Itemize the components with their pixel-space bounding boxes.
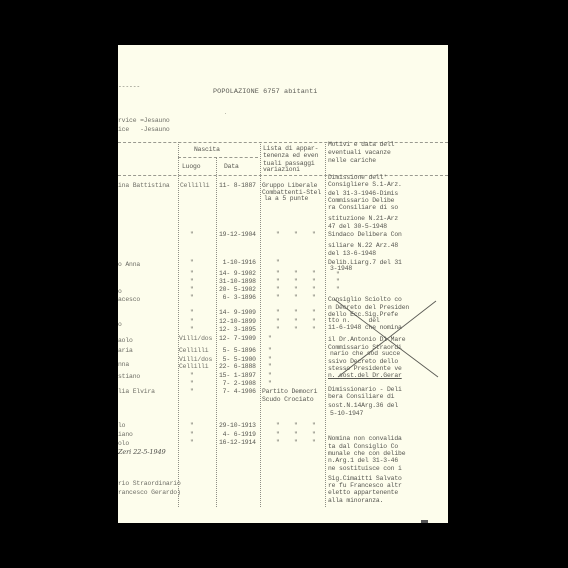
name-1: ina Battistina	[118, 182, 170, 189]
lista-row-1-line-3: la a 5 punte	[264, 195, 308, 202]
lista-row-4-c: "	[312, 270, 316, 277]
column-divider-4	[325, 142, 326, 507]
lista-row-8-a: "	[276, 309, 280, 316]
data-row-5: 31-10-1898	[219, 278, 256, 285]
name-12: iano	[118, 431, 133, 438]
speck-dot: .	[224, 110, 227, 117]
name-10: lia Elvira	[118, 388, 155, 395]
luogo-row-20: "	[190, 439, 194, 446]
luogo-row-4: "	[190, 270, 194, 277]
lista-row-8-c: "	[312, 309, 316, 316]
header-line-1: rvice =Jesauno	[118, 117, 170, 124]
name-14: rio Straordinario	[118, 480, 181, 487]
data-row-17: 7- 4-1906	[219, 388, 256, 395]
data-row-9: 12-10-1899	[219, 318, 256, 325]
lista-row-17-line-1: Partito Democri	[262, 388, 317, 395]
name-7: aria	[118, 347, 133, 354]
column-divider-2	[216, 157, 217, 507]
lista-row-14: "	[268, 363, 272, 370]
data-row-1: 11- 8-1887	[219, 182, 256, 189]
motivi-1-line-1: Dimissione dell'	[328, 174, 387, 181]
lista-row-4-a: "	[276, 270, 280, 277]
motivi-1-line-2: Consigliere S.1-Arz.	[328, 181, 402, 188]
data-row-13: 5- 5-1900	[219, 356, 256, 363]
motivi-7-line-7: re fu Francesco altr	[328, 482, 402, 489]
motivi-6-line-4: 5-10-1947	[330, 410, 363, 417]
name-9: stiano	[118, 373, 140, 380]
data-row-4: 14- 9-1902	[219, 270, 256, 277]
lista-row-18-b: "	[294, 422, 298, 429]
motivi-7-line-9: alla minoranza.	[328, 497, 383, 504]
data-row-7: 6- 3-1896	[219, 294, 256, 301]
header-nascita: Nascita	[194, 146, 220, 153]
name-5: o	[118, 321, 122, 328]
name-3: o	[118, 288, 122, 295]
lista-row-7-c: "	[312, 294, 316, 301]
motivi-6-line-2: bera Consiliare di	[328, 393, 394, 400]
data-row-16: 7- 2-1908	[219, 380, 256, 387]
lista-row-9-b: "	[294, 318, 298, 325]
luogo-row-15: "	[190, 372, 194, 379]
header-rule-fragment: ------	[118, 83, 140, 90]
header-lista-2: tenenza ed even	[263, 152, 318, 159]
lista-row-10-c: "	[312, 326, 316, 333]
lista-row-7-b: "	[294, 294, 298, 301]
luogo-row-13: Villi/dos	[179, 356, 212, 363]
lista-row-3: "	[276, 259, 280, 266]
data-row-3: 1-10-1916	[219, 259, 256, 266]
lista-row-15: "	[268, 372, 272, 379]
header-lista-1: Lista di appar-	[263, 145, 318, 152]
luogo-row-12: Cellilli	[179, 347, 208, 354]
scan-speck	[421, 520, 428, 523]
cross-out-mark-icon	[328, 295, 448, 380]
name-15: rancesco Gerardo)	[118, 489, 181, 496]
motivi-7-line-2: ta dal Consiglio Co	[328, 443, 398, 450]
lista-row-9-a: "	[276, 318, 280, 325]
lista-row-9-c: "	[312, 318, 316, 325]
lista-row-20-c: "	[312, 439, 316, 446]
data-row-11: 12- 7-1909	[219, 335, 256, 342]
luogo-row-19: "	[190, 431, 194, 438]
lista-row-11: "	[268, 335, 272, 342]
lista-row-2-a: "	[276, 231, 280, 238]
luogo-row-11: Villi/dos	[179, 335, 212, 342]
data-row-18: 29-10-1913	[219, 422, 256, 429]
lista-row-16: "	[268, 380, 272, 387]
motivi-ditto-row-6: "	[336, 286, 340, 293]
lista-row-6-c: "	[312, 286, 316, 293]
luogo-row-18: "	[190, 422, 194, 429]
header-luogo: Luogo	[182, 163, 200, 170]
column-divider-3	[260, 142, 261, 507]
data-row-8: 14- 9-1909	[219, 309, 256, 316]
luogo-row-10: "	[190, 326, 194, 333]
lista-row-10-a: "	[276, 326, 280, 333]
data-row-2: 19-12-1904	[219, 231, 256, 238]
motivi-1-line-6: stituzione N.21-Arz	[328, 215, 398, 222]
motivi-1-line-4: Commissario Delibe	[328, 197, 394, 204]
lista-row-12: "	[268, 347, 272, 354]
luogo-row-9: "	[190, 318, 194, 325]
motivi-7-line-1: Nomina non convalida	[328, 435, 402, 442]
name-8: nna	[118, 361, 129, 368]
motivi-3-line-2: 3-1948	[330, 265, 352, 272]
motivi-ditto-row-5: "	[336, 278, 340, 285]
motivi-2-line-1: Sindaco Delibera Con	[328, 231, 402, 238]
lista-row-6-b: "	[294, 286, 298, 293]
lista-row-18-c: "	[312, 422, 316, 429]
lista-row-5-a: "	[276, 278, 280, 285]
data-row-20: 16-12-1914	[219, 439, 256, 446]
header-line-2: ice -Jesauno	[118, 126, 170, 133]
luogo-row-1: Cellilli	[180, 182, 209, 189]
motivi-2-line-3: del 13-6-1948	[328, 250, 376, 257]
lista-row-5-c: "	[312, 278, 316, 285]
header-lista-4: variazioni	[263, 166, 300, 173]
name-13: olo	[118, 440, 129, 447]
luogo-row-5: "	[190, 278, 194, 285]
data-row-6: 20- 5-1902	[219, 286, 256, 293]
lista-row-19-b: "	[294, 431, 298, 438]
handwritten-note: Zeri 22-5-1949	[118, 449, 166, 456]
motivi-2-line-2: siliare N.22 Arz.48	[328, 242, 398, 249]
lista-row-20-a: "	[276, 439, 280, 446]
luogo-row-17: "	[190, 388, 194, 395]
motivi-1-line-7: 47 del 30-5-1948	[328, 223, 387, 230]
motivi-1-line-5: ra Consiliare di so	[328, 204, 398, 211]
motivi-7-line-5: ne sostituisce con i	[328, 465, 402, 472]
luogo-row-7: "	[190, 294, 194, 301]
page-title: POPOLAZIONE 6757 abitanti	[213, 89, 317, 96]
motivi-7-line-4: n.Arg.1 del 31-3-46	[328, 457, 398, 464]
motivi-7-line-3: munale che con delibe	[328, 450, 405, 457]
motivi-ditto-row-4: "	[336, 271, 340, 278]
name-6: aolo	[118, 337, 133, 344]
lista-row-8-b: "	[294, 309, 298, 316]
lista-row-17-line-2: Scudo Crociato	[262, 396, 314, 403]
lista-row-19-a: "	[276, 431, 280, 438]
header-motivi-1: Motivi e data dell	[328, 141, 394, 148]
data-row-19: 4- 6-1919	[219, 431, 256, 438]
lista-row-13: "	[268, 356, 272, 363]
lista-row-1-line-1: Gruppo Liberale	[262, 182, 317, 189]
header-bottom-rule	[118, 175, 448, 176]
motivi-6-line-3: sost.N.14Arg.36 del	[328, 402, 398, 409]
lista-row-6-a: "	[276, 286, 280, 293]
luogo-row-6: "	[190, 286, 194, 293]
luogo-row-3: "	[190, 259, 194, 266]
data-row-10: 12- 3-1895	[219, 326, 256, 333]
lista-row-19-c: "	[312, 431, 316, 438]
motivi-7-line-8: eletto appartenente	[328, 489, 398, 496]
lista-row-10-b: "	[294, 326, 298, 333]
lista-row-7-a: "	[276, 294, 280, 301]
luogo-row-14: Cellilli	[179, 363, 208, 370]
lista-row-20-b: "	[294, 439, 298, 446]
document-page: ------ POPOLAZIONE 6757 abitanti rvice =…	[118, 45, 448, 523]
lista-row-18-a: "	[276, 422, 280, 429]
name-11: lo	[118, 422, 125, 429]
header-motivi-2: eventuali vacanze	[328, 149, 391, 156]
lista-row-2-b: "	[294, 231, 298, 238]
column-divider-1	[178, 142, 179, 507]
lista-row-5-b: "	[294, 278, 298, 285]
luogo-row-16: "	[190, 380, 194, 387]
data-row-12: 5- 5-1896	[219, 347, 256, 354]
motivi-6-line-1: Dimissionario - Deli	[328, 386, 402, 393]
data-row-15: 15- 1-1897	[219, 372, 256, 379]
name-4: acesco	[118, 296, 140, 303]
header-motivi-3: nelle cariche	[328, 157, 376, 164]
lista-row-4-b: "	[294, 270, 298, 277]
data-row-14: 22- 6-1888	[219, 363, 256, 370]
motivi-1-line-3: del 31-3-1946-Dimis	[328, 190, 398, 197]
luogo-row-8: "	[190, 309, 194, 316]
luogo-row-2: "	[190, 231, 194, 238]
header-data: Data	[224, 163, 239, 170]
lista-row-2-c: "	[312, 231, 316, 238]
motivi-7-line-6: Sig.Cimaitti Salvato	[328, 475, 402, 482]
name-2: o Anna	[118, 261, 140, 268]
table-top-rule	[118, 142, 448, 143]
nascita-sub-rule	[178, 157, 258, 158]
